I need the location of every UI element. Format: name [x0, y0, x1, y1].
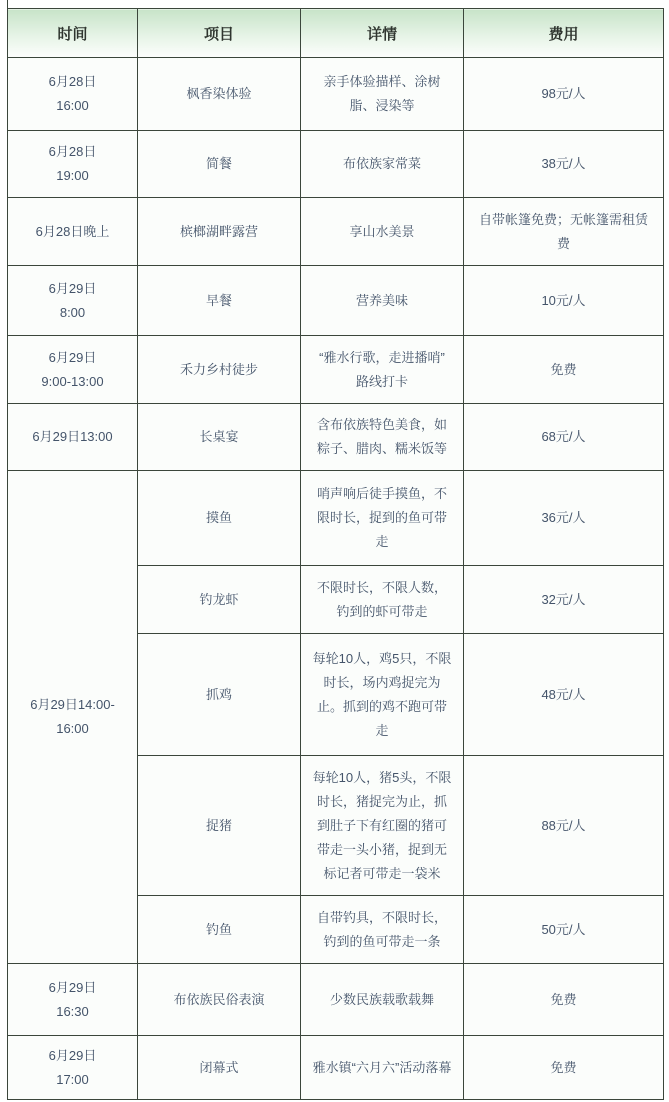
time-cell-merged: 6月29日14:00- 16:00 — [8, 471, 138, 964]
page: 时间 项目 详情 费用 6月28日 16:00 枫香染体验 亲手体验描样、涂树脂… — [0, 0, 669, 1102]
col-header-item: 项目 — [138, 9, 301, 58]
detail-cell: 每轮10人，鸡5只，不限时长，场内鸡捉完为止。抓到的鸡不跑可带走 — [301, 634, 464, 756]
table-row: 6月29日14:00- 16:00 摸鱼 哨声响后徒手摸鱼，不限时长，捉到的鱼可… — [8, 471, 664, 566]
table-row: 6月29日13:00 长桌宴 含布依族特色美食，如粽子、腊肉、糯米饭等 68元/… — [8, 404, 664, 471]
table-row: 6月28日 16:00 枫香染体验 亲手体验描样、涂树脂、浸染等 98元/人 — [8, 58, 664, 131]
fee-cell: 98元/人 — [464, 58, 664, 131]
item-cell: 抓鸡 — [138, 634, 301, 756]
fee-cell: 免费 — [464, 964, 664, 1036]
fee-cell: 68元/人 — [464, 404, 664, 471]
fee-cell: 免费 — [464, 336, 664, 404]
table-row: 6月28日 19:00 简餐 布依族家常菜 38元/人 — [8, 131, 664, 198]
item-cell: 钓鱼 — [138, 896, 301, 964]
col-header-detail: 详情 — [301, 9, 464, 58]
item-cell: 捉猪 — [138, 756, 301, 896]
item-cell: 钓龙虾 — [138, 566, 301, 634]
time-cell: 6月29日 16:30 — [8, 964, 138, 1036]
detail-cell: 自带钓具，不限时长，钓到的鱼可带走一条 — [301, 896, 464, 964]
table-row: 6月28日晚上 槟榔湖畔露营 享山水美景 自带帐篷免费；无帐篷需租赁费 — [8, 198, 664, 266]
table-row: 6月29日 17:00 闭幕式 雅水镇“六月六”活动落幕 免费 — [8, 1036, 664, 1100]
item-cell: 早餐 — [138, 266, 301, 336]
fee-cell: 48元/人 — [464, 634, 664, 756]
fee-cell: 免费 — [464, 1036, 664, 1100]
fee-cell: 36元/人 — [464, 471, 664, 566]
detail-cell: “雅水行歌，走进播哨” 路线打卡 — [301, 336, 464, 404]
item-cell: 禾力乡村徒步 — [138, 336, 301, 404]
item-cell: 简餐 — [138, 131, 301, 198]
time-cell: 6月28日晚上 — [8, 198, 138, 266]
fee-cell: 32元/人 — [464, 566, 664, 634]
time-cell: 6月28日 16:00 — [8, 58, 138, 131]
col-header-fee: 费用 — [464, 9, 664, 58]
item-cell: 布依族民俗表演 — [138, 964, 301, 1036]
detail-cell: 享山水美景 — [301, 198, 464, 266]
fee-cell: 自带帐篷免费；无帐篷需租赁费 — [464, 198, 664, 266]
table-row: 6月29日 16:30 布依族民俗表演 少数民族载歌载舞 免费 — [8, 964, 664, 1036]
detail-cell: 哨声响后徒手摸鱼，不限时长，捉到的鱼可带走 — [301, 471, 464, 566]
detail-cell: 含布依族特色美食，如粽子、腊肉、糯米饭等 — [301, 404, 464, 471]
table-header-row: 时间 项目 详情 费用 — [8, 9, 664, 58]
col-header-time: 时间 — [8, 9, 138, 58]
detail-cell: 每轮10人，猪5头，不限时长，猪捉完为止，抓到肚子下有红圈的猪可带走一头小猪，捉… — [301, 756, 464, 896]
item-cell: 摸鱼 — [138, 471, 301, 566]
time-cell: 6月29日 9:00-13:00 — [8, 336, 138, 404]
item-cell: 枫香染体验 — [138, 58, 301, 131]
detail-cell: 雅水镇“六月六”活动落幕 — [301, 1036, 464, 1100]
item-cell: 闭幕式 — [138, 1036, 301, 1100]
table-left-border-artifact — [7, 0, 8, 8]
detail-cell: 不限时长，不限人数，钓到的虾可带走 — [301, 566, 464, 634]
table-row: 6月29日 9:00-13:00 禾力乡村徒步 “雅水行歌，走进播哨” 路线打卡… — [8, 336, 664, 404]
detail-cell: 布依族家常菜 — [301, 131, 464, 198]
time-cell: 6月29日13:00 — [8, 404, 138, 471]
fee-cell: 50元/人 — [464, 896, 664, 964]
time-cell: 6月28日 19:00 — [8, 131, 138, 198]
item-cell: 长桌宴 — [138, 404, 301, 471]
detail-cell: 少数民族载歌载舞 — [301, 964, 464, 1036]
fee-cell: 88元/人 — [464, 756, 664, 896]
time-cell: 6月29日 8:00 — [8, 266, 138, 336]
fee-cell: 38元/人 — [464, 131, 664, 198]
fee-cell: 10元/人 — [464, 266, 664, 336]
detail-cell: 营养美味 — [301, 266, 464, 336]
detail-cell: 亲手体验描样、涂树脂、浸染等 — [301, 58, 464, 131]
item-cell: 槟榔湖畔露营 — [138, 198, 301, 266]
time-cell: 6月29日 17:00 — [8, 1036, 138, 1100]
table-row: 6月29日 8:00 早餐 营养美味 10元/人 — [8, 266, 664, 336]
schedule-table: 时间 项目 详情 费用 6月28日 16:00 枫香染体验 亲手体验描样、涂树脂… — [7, 8, 664, 1100]
